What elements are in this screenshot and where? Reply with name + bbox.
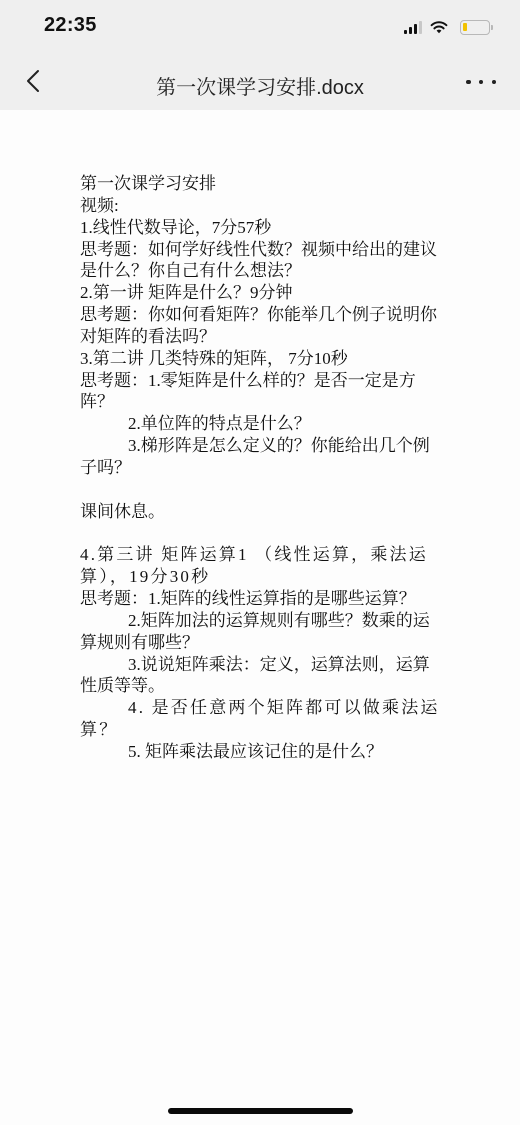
home-indicator[interactable] <box>168 1108 353 1114</box>
doc-paragraph: 思考题：1.零矩阵是什么样的？是否一定是方阵？ <box>80 370 445 414</box>
doc-blank-line <box>80 523 445 545</box>
doc-paragraph: 1.线性代数导论，7分57秒 <box>80 217 445 239</box>
chevron-left-icon <box>20 66 50 96</box>
doc-paragraph: 思考题：你如何看矩阵？你能举几个例子说明你对矩阵的看法吗？ <box>80 304 445 348</box>
document-title: 第一次课学习安排.docx <box>60 71 460 100</box>
doc-blank-line <box>80 479 445 501</box>
cellular-signal-icon <box>404 21 422 34</box>
more-dot <box>492 80 497 85</box>
doc-paragraph: 2.第一讲 矩阵是什么？9分钟 <box>80 282 445 304</box>
doc-paragraph: 3.说说矩阵乘法：定义，运算法则，运算性质等等。 <box>80 654 445 698</box>
doc-paragraph: 思考题：1.矩阵的线性运算指的是哪些运算？ <box>80 588 445 610</box>
wifi-icon <box>430 20 448 34</box>
top-bar: 22:35 第一次课学习安排.docx <box>0 0 520 110</box>
battery-level <box>463 23 467 31</box>
more-horizontal-icon <box>466 80 471 85</box>
doc-paragraph: 视频: <box>80 195 445 217</box>
doc-paragraph: 3.梯形阵是怎么定义的？你能给出几个例子吗？ <box>80 435 445 479</box>
more-options-button[interactable] <box>466 70 496 94</box>
navigation-bar: 第一次课学习安排.docx <box>0 56 520 110</box>
doc-paragraph: 课间休息。 <box>80 501 445 523</box>
doc-paragraph: 2.矩阵加法的运算规则有哪些？数乘的运算规则有哪些？ <box>80 610 445 654</box>
doc-paragraph: 3.第二讲 几类特殊的矩阵， 7分10秒 <box>80 348 445 370</box>
doc-paragraph: 2.单位阵的特点是什么？ <box>80 413 445 435</box>
more-dot <box>479 80 484 85</box>
status-time: 22:35 <box>44 14 97 37</box>
doc-paragraph: 4. 是否任意两个矩阵都可以做乘法运算？ <box>80 697 445 741</box>
doc-paragraph: 5. 矩阵乘法最应该记住的是什么？ <box>80 741 445 763</box>
battery-low-icon <box>460 20 490 35</box>
status-icons <box>404 19 490 35</box>
doc-heading: 第一次课学习安排 <box>80 173 445 195</box>
back-button[interactable] <box>20 66 50 96</box>
status-bar: 22:35 <box>0 0 520 56</box>
document-viewer[interactable]: 第一次课学习安排 视频: 1.线性代数导论，7分57秒 思考题：如何学好线性代数… <box>0 110 520 1125</box>
doc-paragraph: 思考题：如何学好线性代数？视频中给出的建议是什么？你自己有什么想法？ <box>80 239 445 283</box>
document-content: 第一次课学习安排 视频: 1.线性代数导论，7分57秒 思考题：如何学好线性代数… <box>80 173 445 763</box>
doc-paragraph: 4.第三讲 矩阵运算1 （线性运算，乘法运算），19分30秒 <box>80 544 445 588</box>
